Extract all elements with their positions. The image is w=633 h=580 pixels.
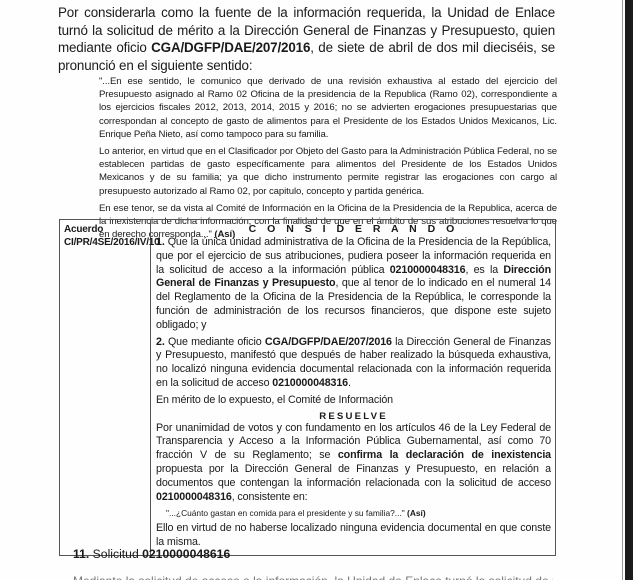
scan-border: [625, 0, 633, 580]
page-edge: [622, 0, 623, 580]
cutoff-text: Mediante la solicitud de acceso a la inf…: [73, 575, 553, 580]
item-text: Que mediante oficio: [165, 336, 265, 348]
section-label: Solicitud: [89, 547, 142, 561]
oficio-number: CGA/DGFP/DAE/207/2016: [151, 40, 310, 55]
intro-paragraph: Por considerarla como la fuente de la in…: [58, 4, 555, 74]
item-number: 1.: [156, 236, 165, 248]
resolution-emphasis: confirma la declaración de inexistencia: [338, 449, 551, 461]
item-number: 2.: [156, 336, 165, 348]
item-text: .: [348, 377, 351, 389]
folio-number: 0210000048316: [272, 377, 348, 389]
considerando-item-1: 1. Que la única unidad administrativa de…: [156, 236, 551, 333]
resolution-paragraph: Por unanimidad de votos y con fundamento…: [156, 422, 551, 505]
quote-paragraph: "...En ese sentido, le comunico que deri…: [99, 75, 557, 141]
acuerdo-title: Acuerdo: [64, 223, 146, 236]
acuerdo-id-cell: Acuerdo CI/PR/4SE/2016/IV/10: [60, 220, 151, 556]
considerando-heading: C O N S I D E R A N D O: [156, 223, 551, 235]
asi-marker: (Así): [407, 508, 426, 518]
folio-number: 0210000048316: [156, 491, 232, 503]
acuerdo-content-cell: C O N S I D E R A N D O 1. Que la única …: [151, 220, 556, 556]
quote-paragraph: Lo anterior, en virtud que en el Clasifi…: [99, 145, 557, 198]
acuerdo-label: Acuerdo CI/PR/4SE/2016/IV/10: [60, 220, 150, 252]
resolution-text: , consistente en:: [232, 491, 308, 503]
section-number: 11.: [73, 547, 89, 561]
closing-paragraph: Ello en virtud de no haberse localizado …: [156, 522, 551, 550]
resuelve-heading: RESUELVE: [156, 411, 551, 422]
folio-number: 0210000048316: [390, 264, 466, 276]
oficio-number: CGA/DGFP/DAE/207/2016: [265, 336, 392, 348]
request-text: "...¿Cuánto gastan en comida para el pre…: [166, 508, 407, 518]
folio-number: 0210000048616: [142, 547, 230, 561]
acuerdo-table: Acuerdo CI/PR/4SE/2016/IV/10 C O N S I D…: [59, 219, 556, 556]
considerando-item-2: 2. Que mediante oficio CGA/DGFP/DAE/207/…: [156, 336, 551, 391]
item-text: , es la: [465, 264, 503, 276]
cutoff-text-line: Mediante la solicitud de acceso a la inf…: [73, 575, 553, 580]
merito-line: En mérito de lo expuesto, el Comité de I…: [156, 394, 551, 408]
document-page: Por considerarla como la fuente de la in…: [0, 0, 625, 580]
acuerdo-code: CI/PR/4SE/2016/IV/10: [64, 236, 146, 249]
request-quote: "...¿Cuánto gastan en comida para el pre…: [166, 507, 551, 520]
resolution-text: propuesta por la Dirección General de Fi…: [156, 463, 551, 489]
section-heading: 11. Solicitud 0210000048616: [73, 547, 230, 561]
